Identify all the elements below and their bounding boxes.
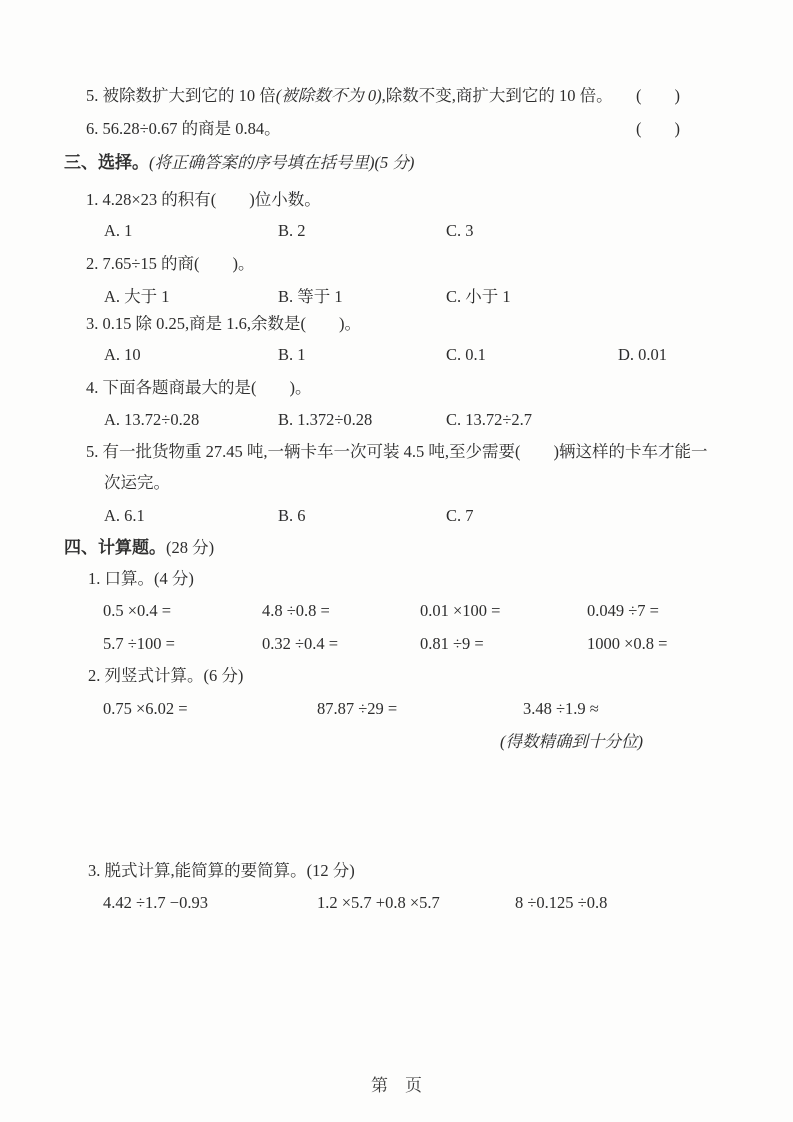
section3-note: (将正确答案的序号填在括号里)(5 分) xyxy=(149,153,414,172)
option-c: C. 0.1 xyxy=(446,344,486,366)
oral-calc-title: 1. 口算。(4 分) xyxy=(0,568,793,590)
option-c: C. 3 xyxy=(446,220,474,242)
expression: 0.01 ×100 = xyxy=(420,600,501,622)
section3-header: 三、选择。(将正确答案的序号填在括号里)(5 分) xyxy=(0,152,793,174)
choice-question-3-text: 3. 0.15 除 0.25,商是 1.6,余数是( )。 xyxy=(86,313,361,335)
option-a: A. 大于 1 xyxy=(104,286,170,308)
expression: 3.48 ÷1.9 ≈ xyxy=(523,698,599,720)
section4-note: (28 分) xyxy=(166,538,214,557)
section4-title: 四、计算题。 xyxy=(64,538,166,557)
truefalse-question-6-text: 6. 56.28÷0.67 的商是 0.84。 xyxy=(86,118,281,140)
expression: 0.049 ÷7 = xyxy=(587,600,659,622)
option-b: B. 1.372÷0.28 xyxy=(278,409,372,431)
page-footer: 第 页 xyxy=(0,1075,793,1097)
worksheet-page: 5. 被除数扩大到它的 10 倍(被除数不为 0),除数不变,商扩大到它的 10… xyxy=(0,0,793,1122)
choice-question-3: 3. 0.15 除 0.25,商是 1.6,余数是( )。 xyxy=(0,313,793,335)
oral-calc-row-2: 5.7 ÷100 = 0.32 ÷0.4 = 0.81 ÷9 = 1000 ×0… xyxy=(0,633,793,655)
vertical-calc-title: 2. 列竖式计算。(6 分) xyxy=(0,665,793,687)
expression: 1000 ×0.8 = xyxy=(587,633,668,655)
section3-header-text: 三、选择。(将正确答案的序号填在括号里)(5 分) xyxy=(64,152,414,174)
section4-header: 四、计算题。(28 分) xyxy=(0,537,793,559)
oral-calc-row-1: 0.5 ×0.4 = 4.8 ÷0.8 = 0.01 ×100 = 0.049 … xyxy=(0,600,793,622)
option-b: B. 1 xyxy=(278,344,306,366)
page-number-label: 第 页 xyxy=(371,1076,422,1095)
choice-question-4-text: 4. 下面各题商最大的是( )。 xyxy=(86,377,312,399)
option-a: A. 1 xyxy=(104,220,132,242)
vertical-calc-row: 0.75 ×6.02 = 87.87 ÷29 = 3.48 ÷1.9 ≈ xyxy=(0,698,793,720)
option-b: B. 2 xyxy=(278,220,306,242)
truefalse-question-5-text: 5. 被除数扩大到它的 10 倍(被除数不为 0),除数不变,商扩大到它的 10… xyxy=(86,85,613,107)
expression: 0.75 ×6.02 = xyxy=(103,698,188,720)
vertical-calc-title-text: 2. 列竖式计算。(6 分) xyxy=(88,665,243,687)
choice-question-1-text: 1. 4.28×23 的积有( )位小数。 xyxy=(86,189,321,211)
option-a: A. 10 xyxy=(104,344,141,366)
expression: 87.87 ÷29 = xyxy=(317,698,397,720)
expression: 0.5 ×0.4 = xyxy=(103,600,171,622)
truefalse-question-5: 5. 被除数扩大到它的 10 倍(被除数不为 0),除数不变,商扩大到它的 10… xyxy=(0,85,793,107)
truefalse-question-6: 6. 56.28÷0.67 的商是 0.84。 ( ) xyxy=(0,118,793,140)
choice-question-1-options: A. 1 B. 2 C. 3 xyxy=(0,220,793,242)
vertical-calc-note: (得数精确到十分位) xyxy=(0,731,793,753)
choice-question-5-text-line1: 5. 有一批货物重 27.45 吨,一辆卡车一次可装 4.5 吨,至少需要( )… xyxy=(86,441,708,463)
choice-question-4: 4. 下面各题商最大的是( )。 xyxy=(0,377,793,399)
stepwise-calc-title-text: 3. 脱式计算,能简算的要简算。(12 分) xyxy=(88,860,355,882)
choice-question-5-options: A. 6.1 B. 6 C. 7 xyxy=(0,505,793,527)
precision-note: (得数精确到十分位) xyxy=(500,731,643,753)
option-a: A. 13.72÷0.28 xyxy=(104,409,199,431)
question-text: 5. 被除数扩大到它的 10 倍 xyxy=(86,86,276,105)
section3-title: 三、选择。 xyxy=(64,153,149,172)
oral-calc-title-text: 1. 口算。(4 分) xyxy=(88,568,194,590)
choice-question-2: 2. 7.65÷15 的商( )。 xyxy=(0,253,793,275)
expression: 8 ÷0.125 ÷0.8 xyxy=(515,892,607,914)
choice-question-1: 1. 4.28×23 的积有( )位小数。 xyxy=(0,189,793,211)
option-b: B. 6 xyxy=(278,505,306,527)
answer-bracket: ( ) xyxy=(636,118,680,140)
expression: 0.81 ÷9 = xyxy=(420,633,484,655)
expression: 4.8 ÷0.8 = xyxy=(262,600,330,622)
question-text: ,除数不变,商扩大到它的 10 倍。 xyxy=(382,86,613,105)
choice-question-5-text-line2: 次运完。 xyxy=(104,472,170,494)
question-note: (被除数不为 0) xyxy=(276,86,382,105)
stepwise-calc-row: 4.42 ÷1.7 −0.93 1.2 ×5.7 +0.8 ×5.7 8 ÷0.… xyxy=(0,892,793,914)
choice-question-3-options: A. 10 B. 1 C. 0.1 D. 0.01 xyxy=(0,344,793,366)
choice-question-5-line2: 次运完。 xyxy=(0,472,793,494)
choice-question-4-options: A. 13.72÷0.28 B. 1.372÷0.28 C. 13.72÷2.7 xyxy=(0,409,793,431)
answer-bracket: ( ) xyxy=(636,85,680,107)
option-d: D. 0.01 xyxy=(618,344,667,366)
choice-question-2-options: A. 大于 1 B. 等于 1 C. 小于 1 xyxy=(0,286,793,308)
choice-question-5-line1: 5. 有一批货物重 27.45 吨,一辆卡车一次可装 4.5 吨,至少需要( )… xyxy=(0,441,793,463)
expression: 5.7 ÷100 = xyxy=(103,633,175,655)
option-b: B. 等于 1 xyxy=(278,286,343,308)
option-c: C. 小于 1 xyxy=(446,286,511,308)
expression: 4.42 ÷1.7 −0.93 xyxy=(103,892,208,914)
expression: 0.32 ÷0.4 = xyxy=(262,633,338,655)
stepwise-calc-title: 3. 脱式计算,能简算的要简算。(12 分) xyxy=(0,860,793,882)
section4-header-text: 四、计算题。(28 分) xyxy=(64,537,214,559)
option-c: C. 7 xyxy=(446,505,474,527)
choice-question-2-text: 2. 7.65÷15 的商( )。 xyxy=(86,253,255,275)
option-c: C. 13.72÷2.7 xyxy=(446,409,532,431)
option-a: A. 6.1 xyxy=(104,505,145,527)
expression: 1.2 ×5.7 +0.8 ×5.7 xyxy=(317,892,440,914)
